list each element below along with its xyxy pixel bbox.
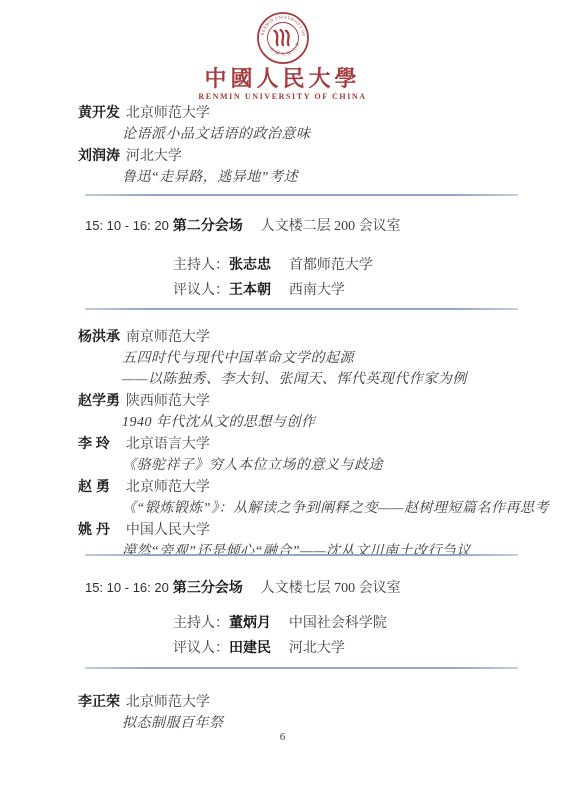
paper-entry: 赵 勇 北京师范大学 (0, 476, 565, 498)
reviewer-label: 评议人： (173, 641, 229, 656)
paper-title: 五四时代与现代中国革命文学的起源 (0, 348, 565, 369)
session-3-reviewer-row: 评议人：田建民 河北大学 (0, 639, 565, 657)
presenter-name: 李正荣 (78, 691, 122, 712)
section-divider (85, 667, 518, 669)
chair-affiliation: 中国社会科学院 (289, 616, 387, 631)
university-name-english: RENMIN UNIVERSITY OF CHINA (0, 92, 565, 102)
session-venue: 人文楼七层 700 会议室 (261, 581, 401, 596)
chair-name: 董炳月 (229, 614, 271, 630)
presenter-affiliation: 北京师范大学 (126, 106, 210, 121)
svg-text:RENMIN UNIVERSITY OF CHINA: RENMIN UNIVERSITY OF CHINA (256, 11, 307, 38)
paper-entry: 李 玲 北京语言大学 (0, 433, 565, 455)
presenter-affiliation: 中国人民大学 (126, 523, 210, 538)
university-seal-icon: RENMIN UNIVERSITY OF CHINA 中国人民大学 (256, 11, 310, 65)
reviewer-name: 田建民 (229, 639, 271, 655)
presenter-affiliation: 陕西师范大学 (126, 394, 210, 409)
reviewer-name: 王本朝 (229, 281, 271, 297)
reviewer-affiliation: 河北大学 (289, 641, 345, 656)
presenter-affiliation: 南京师范大学 (126, 330, 210, 345)
papers-block-3: 李正荣 北京师范大学 拟态制服百年祭 (0, 691, 565, 734)
presenter-name: 李 玲 (78, 433, 122, 454)
paper-title: 漠然“旁观”还是倾心“融合”——沈从文川南土改行刍议 (0, 541, 565, 562)
session-2-chair-row: 主持人：张志忠 首都师范大学 (0, 256, 565, 274)
section-divider (85, 308, 518, 310)
section-divider (85, 194, 518, 196)
seal-arc-text-top: RENMIN UNIVERSITY OF CHINA (256, 11, 307, 38)
session-time: 15: 10 - 16: 20 (85, 579, 169, 596)
presenter-affiliation: 北京语言大学 (126, 437, 210, 452)
papers-block-2: 杨洪承 南京师范大学 五四时代与现代中国革命文学的起源 ——以陈独秀、李大钊、张… (0, 326, 565, 562)
presenter-affiliation: 北京师范大学 (126, 480, 210, 495)
paper-entry: 黄开发 北京师范大学 (0, 102, 565, 124)
presenter-affiliation: 河北大学 (126, 149, 182, 164)
svg-text:中国人民大学: 中国人民大学 (268, 39, 302, 57)
paper-title-subtitle: ——以陈独秀、李大钊、张闻天、恽代英现代作家为例 (0, 369, 565, 390)
presenter-name: 刘润涛 (78, 145, 122, 166)
document-page: RENMIN UNIVERSITY OF CHINA 中国人民大学 中國人民大學… (0, 0, 565, 800)
paper-title: 鲁迅“走异路，逃异地”考述 (0, 167, 565, 188)
chair-name: 张志忠 (229, 256, 271, 272)
session-2-reviewer-row: 评议人：王本朝 西南大学 (0, 281, 565, 299)
seal-three-people-glyph (274, 30, 288, 45)
session-venue: 人文楼二层 200 会议室 (261, 219, 401, 234)
presenter-affiliation: 北京师范大学 (126, 695, 210, 710)
paper-title: 论语派小品文话语的政治意味 (0, 124, 565, 145)
presenter-name: 赵 勇 (78, 476, 122, 497)
section-divider (85, 554, 518, 556)
session-time: 15: 10 - 16: 20 (85, 217, 169, 234)
page-number: 6 (0, 731, 565, 743)
paper-entry: 赵学勇 陕西师范大学 (0, 390, 565, 412)
reviewer-label: 评议人： (173, 283, 229, 298)
paper-title: 《“锻炼锻炼”》：从解读之争到阐释之变——赵树理短篇名作再思考 (0, 498, 565, 519)
presenter-name: 姚 丹 (78, 519, 122, 540)
paper-entry: 李正荣 北京师范大学 (0, 691, 565, 713)
reviewer-affiliation: 西南大学 (289, 283, 345, 298)
paper-entry: 姚 丹 中国人民大学 (0, 519, 565, 541)
session-2-header: 15: 10 - 16: 20 第二分会场 人文楼二层 200 会议室 (0, 217, 565, 235)
university-name-chinese: 中國人民大學 (0, 67, 565, 91)
presenter-name: 赵学勇 (78, 390, 122, 411)
chair-label: 主持人： (173, 616, 229, 631)
paper-title: 1940 年代沈从文的思想与创作 (0, 412, 565, 433)
session-3-chair-row: 主持人：董炳月 中国社会科学院 (0, 614, 565, 632)
paper-entry: 杨洪承 南京师范大学 (0, 326, 565, 348)
paper-title: 《骆驼祥子》穷人本位立场的意义与歧途 (0, 455, 565, 476)
chair-label: 主持人： (173, 258, 229, 273)
presenter-name: 杨洪承 (78, 326, 122, 347)
university-header: RENMIN UNIVERSITY OF CHINA 中国人民大学 中國人民大學… (0, 11, 565, 102)
presenter-name: 黄开发 (78, 102, 122, 123)
seal-arc-text-bottom: 中国人民大学 (268, 39, 302, 57)
session-3-header: 15: 10 - 16: 20 第三分会场 人文楼七层 700 会议室 (0, 579, 565, 597)
session-name: 第三分会场 (173, 579, 243, 595)
session-name: 第二分会场 (173, 217, 243, 233)
papers-block-1: 黄开发 北京师范大学 论语派小品文话语的政治意味 刘润涛 河北大学 鲁迅“走异路… (0, 102, 565, 188)
paper-entry: 刘润涛 河北大学 (0, 145, 565, 167)
chair-affiliation: 首都师范大学 (289, 258, 373, 273)
